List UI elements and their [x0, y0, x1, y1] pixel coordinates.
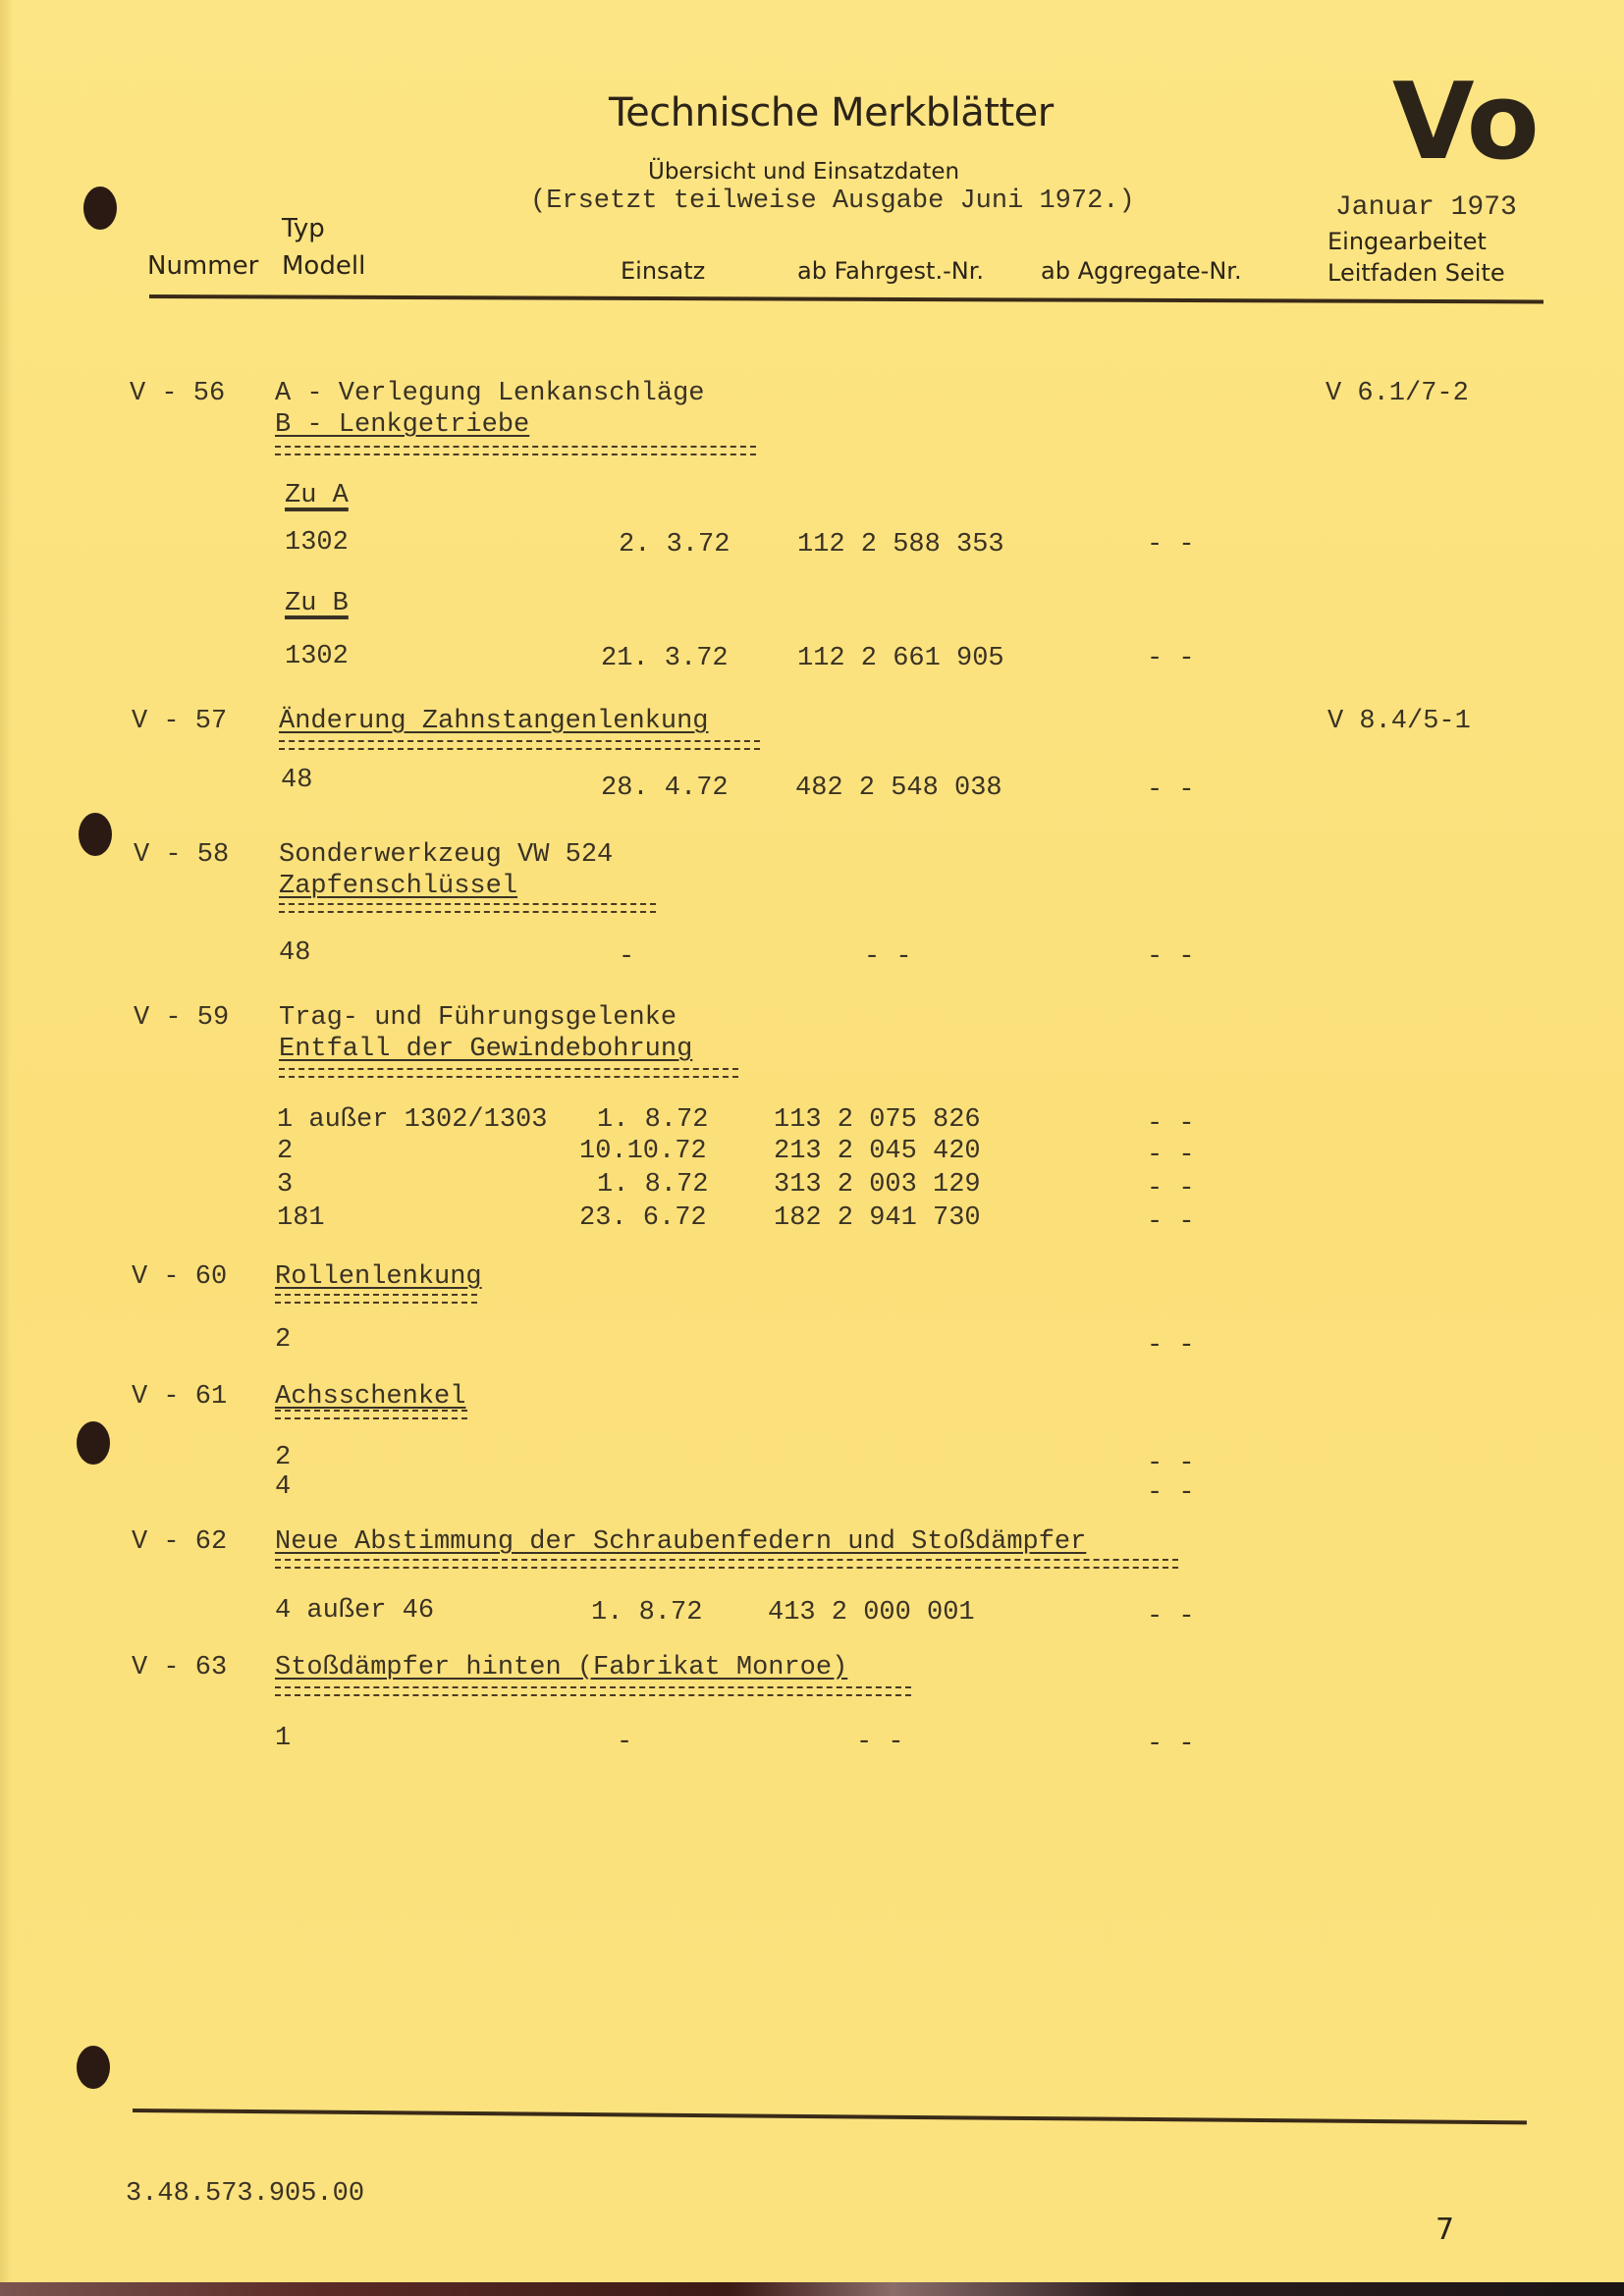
- cell-fahrgest: - -: [864, 942, 912, 972]
- cell-einsatz: 10.10.72: [579, 1137, 707, 1166]
- cell-typ: 4: [275, 1472, 291, 1502]
- entry-number: V - 59: [134, 1003, 229, 1033]
- entry-number: V - 60: [132, 1262, 227, 1292]
- double-underline: [279, 903, 656, 913]
- cell-fahrgest: 313 2 003 129: [774, 1170, 981, 1200]
- cell-einsatz: -: [619, 942, 634, 972]
- entry-number: V - 63: [132, 1653, 227, 1682]
- entry-title: Trag- und Führungsgelenke: [279, 1003, 677, 1033]
- cell-typ: 1: [275, 1724, 291, 1753]
- cell-einsatz: 2. 3.72: [619, 530, 730, 560]
- entry-number: V - 56: [130, 379, 225, 408]
- page-number: 7: [1435, 2213, 1454, 2247]
- cell-aggregate: - -: [1147, 1730, 1195, 1759]
- cell-fahrgest: 482 2 548 038: [795, 774, 1002, 803]
- cell-aggregate: - -: [1147, 1449, 1195, 1478]
- double-underline: [275, 1686, 911, 1696]
- document-title: Technische Merkblätter: [609, 90, 1054, 135]
- double-underline: [275, 1294, 477, 1304]
- entry-number: V - 57: [132, 707, 227, 736]
- entry-title: Sonderwerkzeug VW 524: [279, 840, 613, 870]
- cell-fahrgest: 113 2 075 826: [774, 1105, 981, 1135]
- edition-date: Januar 1973: [1335, 192, 1517, 223]
- column-header-aggregate: ab Aggregate-Nr.: [1041, 257, 1242, 285]
- cell-einsatz: 1. 8.72: [591, 1598, 702, 1628]
- cell-typ: 48: [279, 938, 310, 968]
- header-divider: [149, 294, 1543, 303]
- cell-fahrgest: 112 2 588 353: [797, 530, 1004, 560]
- double-underline: [275, 1559, 1178, 1569]
- cell-aggregate: - -: [1147, 1331, 1195, 1361]
- section-code: Vo: [1392, 61, 1538, 184]
- cell-einsatz: 21. 3.72: [601, 644, 729, 673]
- cell-typ: 4 außer 46: [275, 1596, 434, 1626]
- cell-aggregate: - -: [1147, 1602, 1195, 1631]
- document-code: 3.48.573.905.00: [126, 2179, 364, 2209]
- cell-einsatz: 1. 8.72: [597, 1170, 708, 1200]
- double-underline: [279, 1068, 738, 1078]
- double-underline: [275, 1410, 467, 1419]
- cell-aggregate: - -: [1147, 1174, 1195, 1203]
- entry-title: Neue Abstimmung der Schraubenfedern und …: [275, 1527, 1086, 1557]
- entry-number: V - 62: [132, 1527, 227, 1557]
- cell-aggregate: - -: [1147, 1109, 1195, 1139]
- cell-einsatz: 1. 8.72: [597, 1105, 708, 1135]
- entry-title: A - Verlegung Lenkanschläge: [275, 379, 704, 408]
- cell-aggregate: - -: [1147, 775, 1195, 805]
- cell-fahrgest: 112 2 661 905: [797, 644, 1004, 673]
- cell-fahrgest: 182 2 941 730: [774, 1203, 981, 1233]
- column-header-nummer: Nummer: [147, 251, 258, 281]
- cell-aggregate: - -: [1147, 644, 1195, 673]
- entry-title: Zapfenschlüssel: [279, 872, 517, 901]
- cell-typ: 2: [275, 1443, 291, 1472]
- scan-background-strip: [0, 2282, 1624, 2296]
- footer-divider: [133, 2109, 1527, 2124]
- cell-typ: 3: [277, 1170, 293, 1200]
- cell-aggregate: - -: [1147, 530, 1195, 560]
- punch-hole: [79, 813, 112, 856]
- entry-title: Achsschenkel: [275, 1382, 465, 1412]
- cell-aggregate: - -: [1147, 942, 1195, 972]
- entry-number: V - 58: [134, 840, 229, 870]
- entry-title: B - Lenkgetriebe: [275, 410, 529, 440]
- double-underline: [275, 446, 756, 455]
- cell-aggregate: - -: [1147, 1141, 1195, 1170]
- cell-typ: 1302: [285, 528, 349, 558]
- group-label: Zu B: [285, 589, 349, 618]
- entry-title: Entfall der Gewindebohrung: [279, 1035, 692, 1064]
- punch-hole: [83, 187, 117, 230]
- column-header-einsatz: Einsatz: [621, 257, 705, 285]
- entry-title: Rollenlenkung: [275, 1262, 482, 1292]
- cell-aggregate: - -: [1147, 1478, 1195, 1508]
- replaces-note: (Ersetzt teilweise Ausgabe Juni 1972.): [530, 187, 1135, 216]
- entry-title: Stoßdämpfer hinten (Fabrikat Monroe): [275, 1653, 847, 1682]
- entry-number: V - 61: [132, 1382, 227, 1412]
- column-header-eingearbeitet: Eingearbeitet: [1327, 228, 1487, 255]
- cell-typ: 2: [277, 1137, 293, 1166]
- cell-einsatz: 23. 6.72: [579, 1203, 707, 1233]
- column-header-modell: Modell: [282, 251, 365, 281]
- cell-typ: 181: [277, 1203, 325, 1233]
- cell-einsatz: -: [617, 1728, 632, 1757]
- column-header-fahrgest: ab Fahrgest.-Nr.: [797, 257, 984, 285]
- cell-einsatz: 28. 4.72: [601, 774, 729, 803]
- cell-fahrgest: 213 2 045 420: [774, 1137, 981, 1166]
- punch-hole: [77, 1421, 110, 1465]
- cell-typ: 1302: [285, 642, 349, 671]
- leitfaden-ref: V 6.1/7-2: [1326, 379, 1469, 408]
- column-header-leitfaden: Leitfaden Seite: [1327, 259, 1505, 287]
- entry-title: Änderung Zahnstangenlenkung: [279, 707, 708, 736]
- document-subtitle: Übersicht und Einsatzdaten: [648, 159, 959, 185]
- cell-typ: 1 außer 1302/1303: [277, 1105, 547, 1135]
- cell-fahrgest: - -: [856, 1728, 904, 1757]
- cell-typ: 48: [281, 766, 312, 795]
- cell-typ: 2: [275, 1325, 291, 1355]
- column-header-typ: Typ: [282, 214, 325, 243]
- group-label: Zu A: [285, 481, 349, 510]
- leitfaden-ref: V 8.4/5-1: [1327, 707, 1471, 736]
- double-underline: [279, 740, 760, 750]
- cell-aggregate: - -: [1147, 1207, 1195, 1237]
- punch-hole: [77, 2046, 110, 2089]
- document-page: Technische Merkblätter Übersicht und Ein…: [0, 0, 1624, 2282]
- cell-fahrgest: 413 2 000 001: [768, 1598, 975, 1628]
